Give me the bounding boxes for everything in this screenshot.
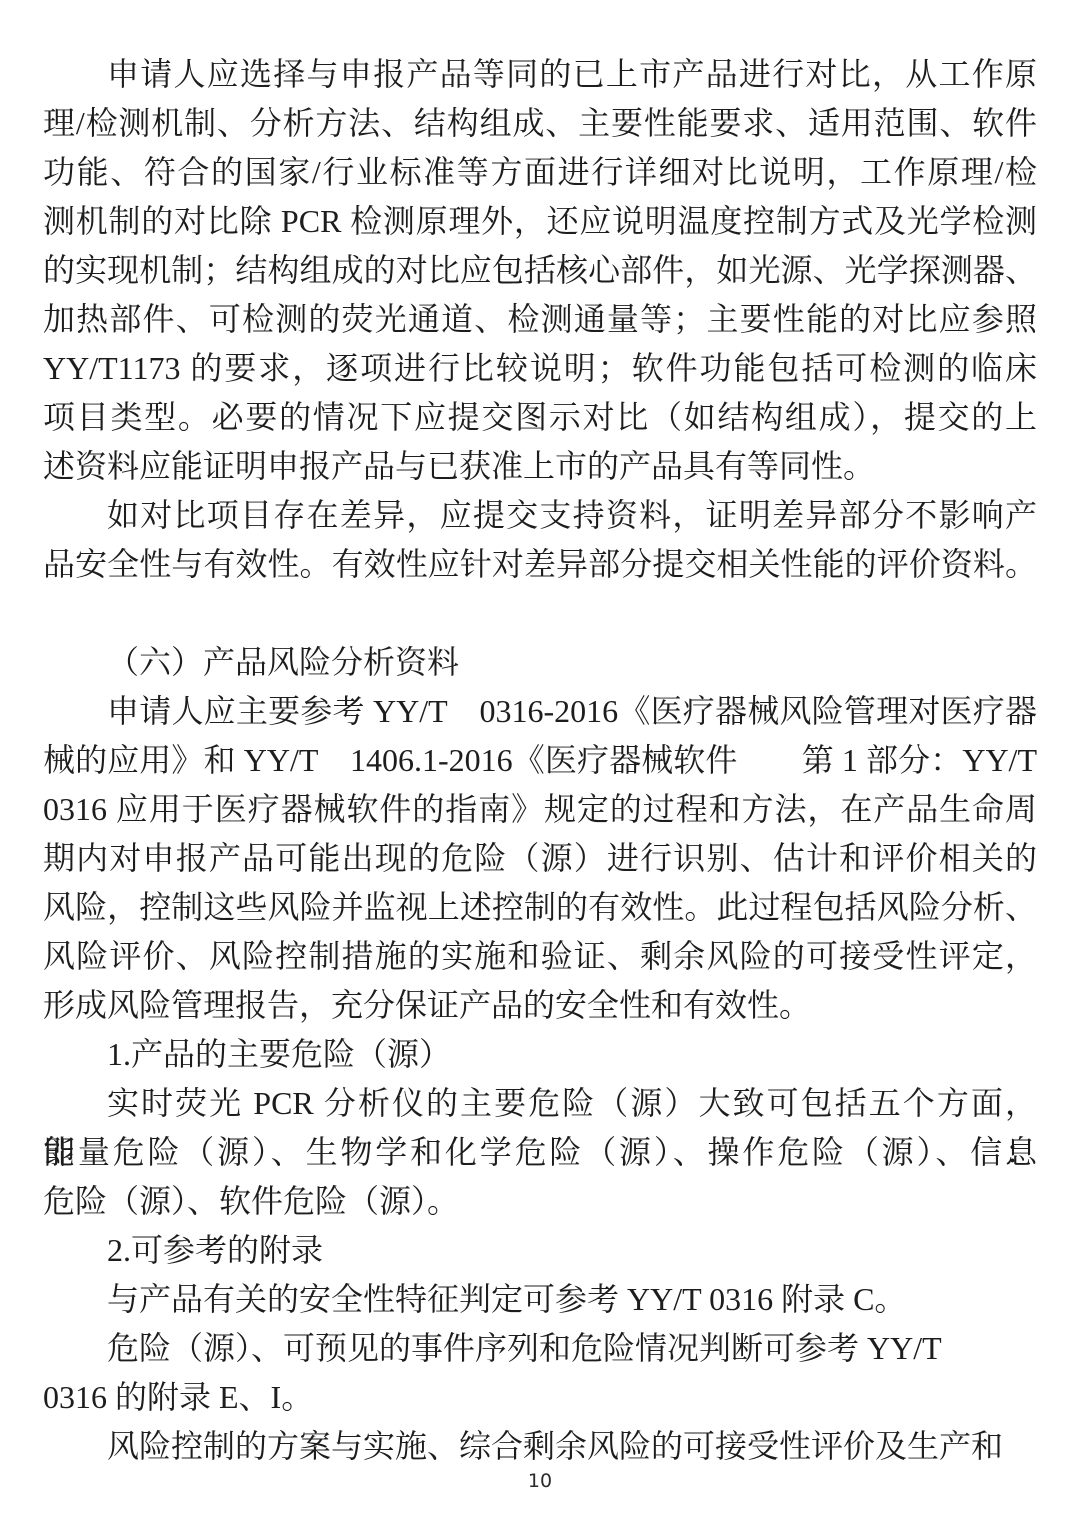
text-line: 0316 应用于医疗器械软件的指南》规定的过程和方法，在产品生命周 xyxy=(43,785,1037,834)
text-line: YY/T1173 的要求，逐项进行比较说明；软件功能包括可检测的临床 xyxy=(43,344,1037,393)
text-line: 的实现机制；结构组成的对比应包括核心部件，如光源、光学探测器、 xyxy=(43,246,1037,295)
text-line: 测机制的对比除 PCR 检测原理外，还应说明温度控制方式及光学检测 xyxy=(43,197,1037,246)
text-line: 期内对申报产品可能出现的危险（源）进行识别、估计和评价相关的 xyxy=(43,834,1037,883)
text-line: 危险（源）、可预见的事件序列和危险情况判断可参考 YY/T xyxy=(43,1324,1037,1373)
document-page: 申请人应选择与申报产品等同的已上市产品进行对比，从工作原 理/检测机制、分析方法… xyxy=(0,0,1080,1526)
text-line: 理/检测机制、分析方法、结构组成、主要性能要求、适用范围、软件 xyxy=(43,99,1037,148)
paragraph-annex-e-i: 危险（源）、可预见的事件序列和危险情况判断可参考 YY/T 0316 的附录 E… xyxy=(43,1324,1037,1422)
text-line: 能量危险（源）、生物学和化学危险（源）、操作危险（源）、信息 xyxy=(43,1128,1037,1177)
text-line: 如对比项目存在差异，应提交支持资料，证明差异部分不影响产 xyxy=(43,491,1037,540)
list-item-heading: 1.产品的主要危险（源） xyxy=(43,1030,1037,1079)
text-line: 加热部件、可检测的荧光通道、检测通量等；主要性能的对比应参照 xyxy=(43,295,1037,344)
page-number: 10 xyxy=(0,1470,1080,1492)
heading-section-6: （六）产品风险分析资料 xyxy=(43,638,1037,687)
text-line: 风险评价、风险控制措施的实施和验证、剩余风险的可接受性评定， xyxy=(43,932,1037,981)
text-line: 述资料应能证明申报产品与已获准上市的产品具有等同性。 xyxy=(43,442,1037,491)
item-1-main-hazards: 1.产品的主要危险（源） xyxy=(43,1030,1037,1079)
paragraph-hazard-categories: 实时荧光 PCR 分析仪的主要危险（源）大致可包括五个方面，即： 能量危险（源）… xyxy=(43,1079,1037,1226)
text-line: 品安全性与有效性。有效性应针对差异部分提交相关性能的评价资料。 xyxy=(43,540,1037,589)
paragraph-risk-control: 风险控制的方案与实施、综合剩余风险的可接受性评价及生产和 xyxy=(43,1422,1037,1471)
text-line: 风险，控制这些风险并监视上述控制的有效性。此过程包括风险分析、 xyxy=(43,883,1037,932)
paragraph-equivalence-comparison: 申请人应选择与申报产品等同的已上市产品进行对比，从工作原 理/检测机制、分析方法… xyxy=(43,50,1037,491)
section-heading: （六）产品风险分析资料 xyxy=(43,638,1037,687)
text-line: 与产品有关的安全性特征判定可参考 YY/T 0316 附录 C。 xyxy=(43,1275,1037,1324)
paragraph-annex-c: 与产品有关的安全性特征判定可参考 YY/T 0316 附录 C。 xyxy=(43,1275,1037,1324)
text-line: 危险（源）、软件危险（源）。 xyxy=(43,1177,1037,1226)
text-line: 风险控制的方案与实施、综合剩余风险的可接受性评价及生产和 xyxy=(43,1422,1037,1471)
text-line: 械的应用》和 YY/T 1406.1-2016《医疗器械软件 第 1 部分：YY… xyxy=(43,736,1037,785)
text-line: 功能、符合的国家/行业标准等方面进行详细对比说明，工作原理/检 xyxy=(43,148,1037,197)
text-line: 申请人应主要参考 YY/T 0316-2016《医疗器械风险管理对医疗器 xyxy=(43,687,1037,736)
item-2-reference-annexes: 2.可参考的附录 xyxy=(43,1226,1037,1275)
text-line: 申请人应选择与申报产品等同的已上市产品进行对比，从工作原 xyxy=(43,50,1037,99)
paragraph-difference-support: 如对比项目存在差异，应提交支持资料，证明差异部分不影响产 品安全性与有效性。有效… xyxy=(43,491,1037,589)
text-line: 实时荧光 PCR 分析仪的主要危险（源）大致可包括五个方面，即： xyxy=(43,1079,1037,1128)
blank-line xyxy=(43,589,1037,638)
paragraph-risk-management-process: 申请人应主要参考 YY/T 0316-2016《医疗器械风险管理对医疗器 械的应… xyxy=(43,687,1037,1030)
text-line: 形成风险管理报告，充分保证产品的安全性和有效性。 xyxy=(43,981,1037,1030)
text-line: 0316 的附录 E、I。 xyxy=(43,1373,1037,1422)
page-content: 申请人应选择与申报产品等同的已上市产品进行对比，从工作原 理/检测机制、分析方法… xyxy=(43,50,1037,1471)
text-line: 项目类型。必要的情况下应提交图示对比（如结构组成），提交的上 xyxy=(43,393,1037,442)
list-item-heading: 2.可参考的附录 xyxy=(43,1226,1037,1275)
